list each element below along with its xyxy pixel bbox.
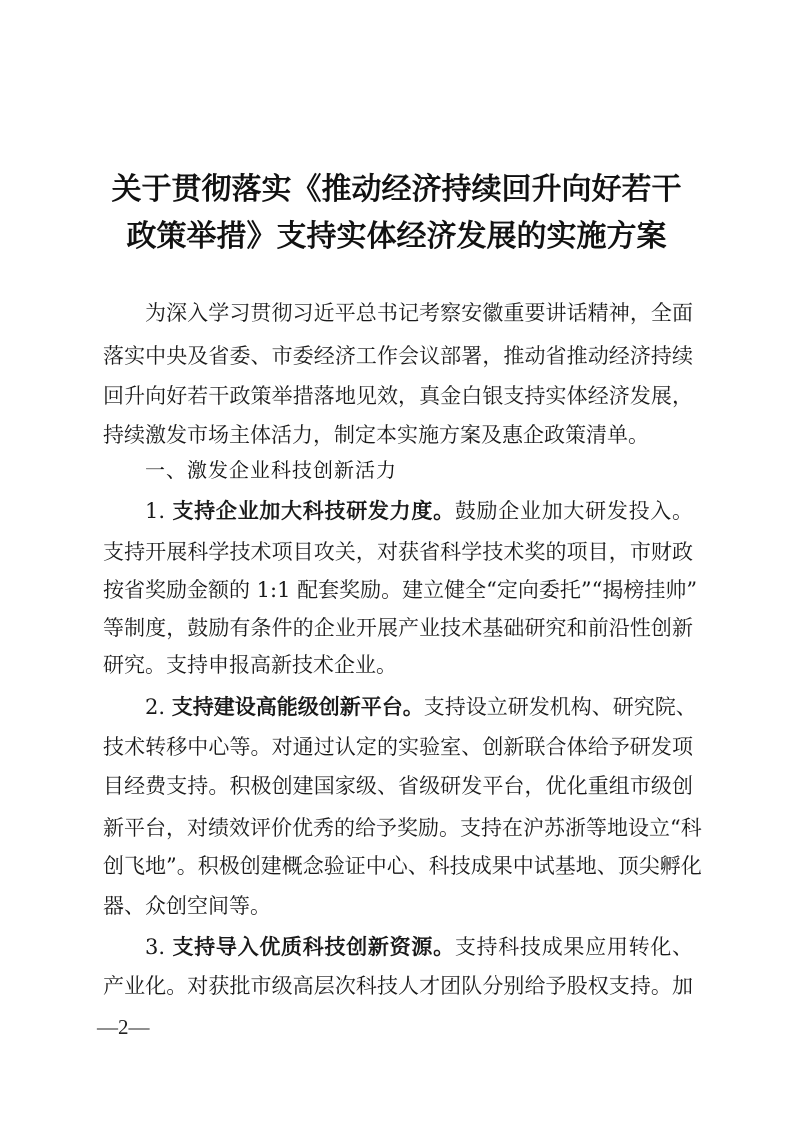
- item-line: 新平台，对绩效评价优秀的给予奖励。支持在沪苏浙等地设立“科: [103, 814, 693, 842]
- item-1-first-line: 1. 支持企业加大科技研发力度。鼓励企业加大研发投入。: [145, 497, 693, 525]
- item-2-first-line: 2. 支持建设高能级创新平台。支持设立研发机构、研究院、: [145, 693, 693, 721]
- document-title-line-2: 政策举措》支持实体经济发展的实施方案: [0, 219, 793, 255]
- item-bold-title: 支持建设高能级创新平台。: [172, 694, 424, 719]
- item-line: 产业化。对获批市级高层次科技人才团队分别给予股权支持。加: [103, 972, 693, 1000]
- intro-line: 为深入学习贯彻习近平总书记考察安徽重要讲话精神，全面: [145, 299, 693, 327]
- item-number: 1.: [145, 499, 165, 523]
- item-line: 研究。支持申报高新技术企业。: [103, 651, 693, 679]
- item-number: 2.: [145, 695, 165, 719]
- item-line: 支持开展科学技术项目攻关，对获省科学技术奖的项目，市财政: [103, 538, 693, 566]
- item-line: 目经费支持。积极创建国家级、省级研发平台，优化重组市级创: [103, 772, 693, 800]
- document-title-line-1: 关于贯彻落实《推动经济持续回升向好若干: [0, 172, 793, 208]
- item-text: 支持科技成果应用转化、: [455, 935, 693, 959]
- item-3-first-line: 3. 支持导入优质科技创新资源。支持科技成果应用转化、: [145, 933, 693, 961]
- item-line: 创飞地”。积极创建概念验证中心、科技成果中试基地、顶尖孵化: [103, 852, 693, 880]
- item-line: 按省奖励金额的 1:1 配套奖励。建立健全“定向委托”“揭榜挂帅”: [103, 576, 693, 604]
- page-number: —2—: [97, 1015, 150, 1039]
- intro-line: 回升向好若干政策举措落地见效，真金白银支持实体经济发展，: [103, 382, 693, 410]
- document-page: 关于贯彻落实《推动经济持续回升向好若干 政策举措》支持实体经济发展的实施方案 为…: [0, 0, 793, 1122]
- intro-line: 持续激发市场主体活力，制定本实施方案及惠企政策清单。: [103, 421, 693, 449]
- item-text: 支持设立研发机构、研究院、: [424, 695, 697, 719]
- section-heading: 一、激发企业科技创新活力: [145, 456, 397, 484]
- item-text: 鼓励企业加大研发投入。: [455, 499, 693, 523]
- item-number: 3.: [145, 935, 165, 959]
- item-bold-title: 支持导入优质科技创新资源。: [172, 934, 454, 959]
- item-line: 技术转移中心等。对通过认定的实验室、创新联合体给予研发项: [103, 733, 693, 761]
- item-line: 器、众创空间等。: [103, 892, 693, 920]
- intro-line: 落实中央及省委、市委经济工作会议部署，推动省推动经济持续: [103, 342, 693, 370]
- item-bold-title: 支持企业加大科技研发力度。: [172, 498, 454, 523]
- item-line: 等制度，鼓励有条件的企业开展产业技术基础研究和前沿性创新: [103, 614, 693, 642]
